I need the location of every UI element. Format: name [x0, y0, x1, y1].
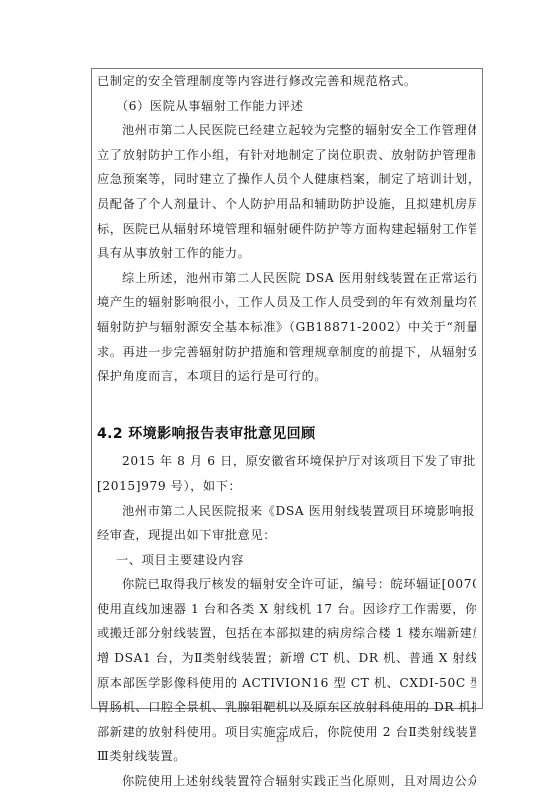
text-line: 2015 年 8 月 6 日，原安徽省环境保护厅对该项目下发了审批意见（皖环函 — [97, 449, 476, 474]
blank-spacer — [97, 389, 476, 414]
text-line: 经审查，现提出如下审批意见： — [97, 523, 476, 548]
text-line: 原本部医学影像科使用的 ACTIVION16 型 CT 机、CXDI-50C 型… — [97, 671, 476, 696]
text-line: 池州市第二人民医院报来《DSA 医用射线装置项目环境影响报告表》收悉。 — [97, 499, 476, 524]
text-line: 应急预案等，同时建立了操作人员个人健康档案，制定了培训计划，为工作人 — [97, 167, 476, 192]
text-line: 具有从事放射工作的能力。 — [97, 241, 476, 266]
text-line: 你院使用上述射线装置符合辐射实践正当化原则，且对周边公众及环境影 — [97, 769, 476, 792]
text-line: 标，医院已从辐射环境管理和辐射硬件防护等方面构建起辐射工作管理体系， — [97, 217, 476, 242]
text-line: 境产生的辐射影响很小，工作人员及工作人员受到的年有效剂量均符合《电离 — [97, 290, 476, 315]
text-line: 员配备了个人剂量计、个人防护用品和辅助防护设施，且拟建机房屏蔽要求达 — [97, 192, 476, 217]
text-line: [2015]979 号），如下： — [97, 474, 476, 499]
text-line: 辐射防护与辐射源安全基本标准》（GB18871-2002）中关于“剂量限值”的要 — [97, 315, 476, 340]
text-line: 已制定的安全管理制度等内容进行修改完善和规范格式。 — [97, 69, 476, 94]
text-line: 胃肠机、口腔全景机、乳腺钼靶机以及原东区放射科使用的 DR 机搬迁至院本 — [97, 695, 476, 720]
text-line: Ⅲ类射线装置。 — [97, 744, 476, 769]
page-number: 19 — [0, 734, 560, 744]
text-line: 使用直线加速器 1 台和各类 X 射线机 17 台。因诊疗工作需要，你院计划新增 — [97, 597, 476, 622]
text-line: 保护角度而言，本项目的运行是可行的。 — [97, 364, 476, 389]
evaluation-paragraphs: 已制定的安全管理制度等内容进行修改完善和规范格式。（6）医院从事辐射工作能力评述… — [97, 69, 476, 389]
section-heading: 4.2 环境影响报告表审批意见回顾 — [97, 419, 476, 449]
text-line: 求。再进一步完善辐射防护措施和管理规章制度的前提下，从辐射安全和环境 — [97, 340, 476, 365]
text-line: 一、项目主要建设内容 — [97, 548, 476, 573]
text-line: （6）医院从事辐射工作能力评述 — [97, 94, 476, 119]
text-line: 池州市第二人民医院已经建立起较为完整的辐射安全工作管理体系，已成 — [97, 118, 476, 143]
text-line: 综上所述，池州市第二人民医院 DSA 医用射线装置在正常运行状态下对环 — [97, 266, 476, 291]
text-line: 增 DSA1 台，为Ⅱ类射线装置；新增 CT 机、DR 机、普通 X 射线机各 … — [97, 646, 476, 671]
document-content-frame: 已制定的安全管理制度等内容进行修改完善和规范格式。（6）医院从事辐射工作能力评述… — [91, 68, 483, 709]
text-line: 你院已取得我厅核发的辐射安全许可证，编号：皖环辐证[00702]，许可 — [97, 572, 476, 597]
text-line: 立了放射防护工作小组，有针对地制定了岗位职责、放射防护管理制度、事故 — [97, 143, 476, 168]
text-line: 或搬迁部分射线装置，包括在本部拟建的病房综合楼 1 楼东端新建放射科，新 — [97, 621, 476, 646]
